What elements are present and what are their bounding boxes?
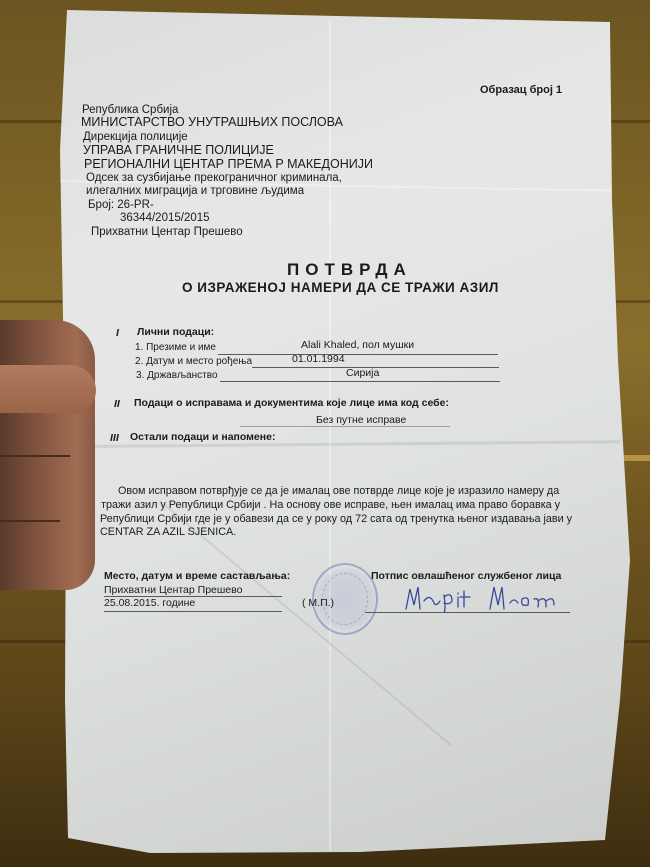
document-subtitle: О ИЗРАЖЕНОЈ НАМЕРИ ДА СЕ ТРАЖИ АЗИЛ (182, 280, 499, 295)
form-number: Образац број 1 (480, 84, 562, 96)
body-line: Републици Србији где је у обавези да се … (100, 512, 572, 526)
citizenship-value: Сирија (346, 367, 379, 379)
header-line: МИНИСТАРСТВО УНУТРАШЊИХ ПОСЛОВА (81, 116, 343, 129)
citizenship-label: 3. Држављанство (136, 370, 218, 381)
header-line: илегалних миграција и трговине људима (86, 185, 304, 198)
reference-number: 36344/2015/2015 (120, 212, 210, 225)
date-value: 25.08.2015. године (104, 597, 195, 609)
documents-value: Без путне исправе (316, 414, 406, 426)
body-line: CENTAR ZA AZIL SJENICA. (100, 525, 236, 539)
seal-label: ( М.П.) (302, 597, 334, 609)
section-documents-label: Подаци о исправама и документима које ли… (134, 397, 449, 409)
place-date-label: Место, датум и време састављања: (104, 570, 290, 582)
reference-number: Број: 26-PR- (88, 199, 154, 212)
birth-date-place-value: 01.01.1994 (292, 353, 345, 365)
field-rule (240, 426, 450, 427)
issuing-office: Прихватни Центар Прешево (91, 226, 243, 239)
field-rule (220, 381, 500, 382)
surname-name-value: Alali Khaled, пол мушки (301, 339, 414, 351)
header-line: РЕГИОНАЛНИ ЦЕНТАР ПРЕМА Р МАКЕДОНИЈИ (84, 158, 373, 171)
surname-name-label: 1. Презиме и име (135, 342, 216, 353)
section-number: I (116, 327, 119, 339)
document-title: ПОТВРДА (287, 260, 412, 280)
signature-label: Потпис овлашћеног службеног лица (371, 570, 561, 582)
section-number: II (114, 398, 120, 410)
asylum-certificate: Образац број 1 Република Србија МИНИСТАР… (0, 0, 650, 867)
section-number: III (110, 432, 119, 444)
header-line: УПРАВА ГРАНИЧНЕ ПОЛИЦИЈЕ (83, 144, 274, 157)
place-value: Прихватни Центар Прешево (104, 584, 242, 596)
field-rule (218, 354, 498, 355)
body-line: тражи азил у Републици Србији . На основ… (101, 498, 560, 512)
section-personal-data-label: Лични подаци: (137, 326, 214, 338)
body-line: Овом исправом потврђује се да је ималац … (118, 484, 559, 498)
section-notes-label: Остали подаци и напомене: (130, 431, 275, 443)
header-line: Одсек за сузбијање прекограничног кримин… (86, 172, 342, 185)
field-rule (104, 611, 282, 612)
handwritten-signature (400, 583, 570, 613)
birth-date-place-label: 2. Датум и место рођења (135, 356, 252, 367)
